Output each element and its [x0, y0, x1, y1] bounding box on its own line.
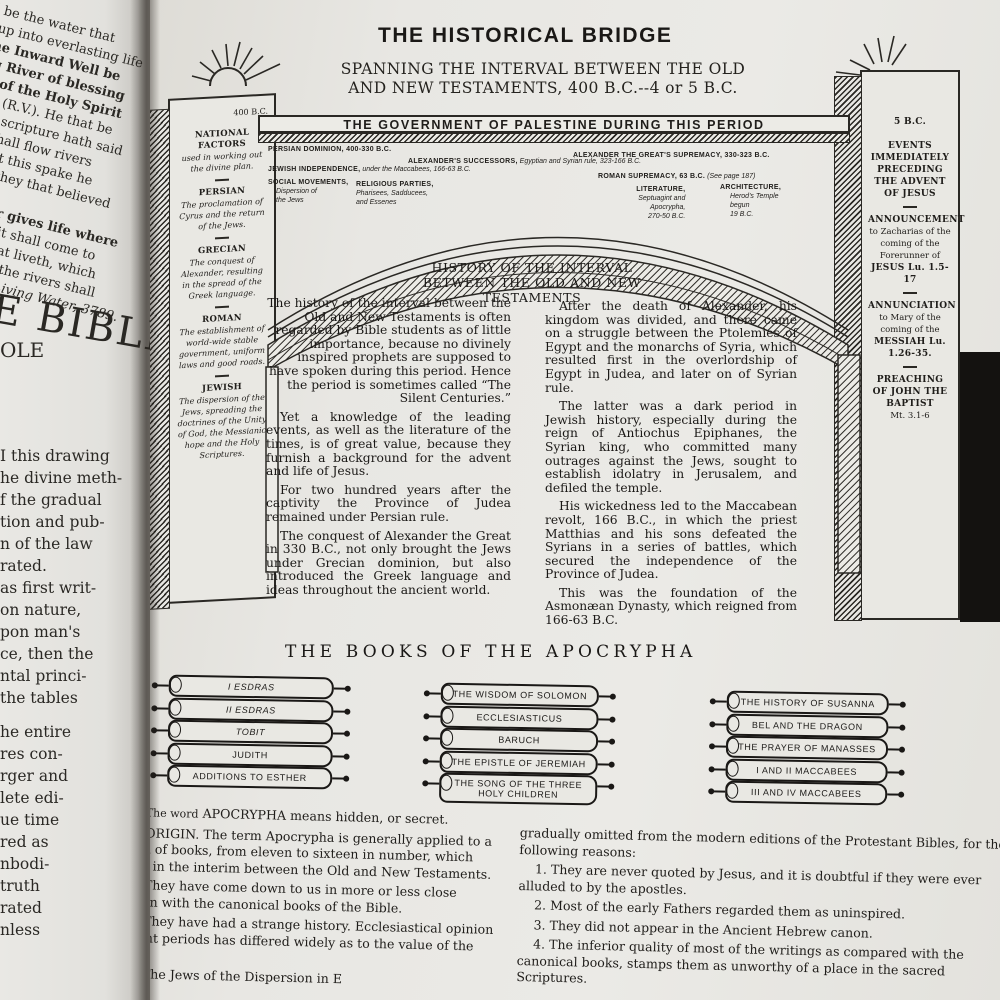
text-line: as first writ-	[0, 577, 150, 599]
apocrypha-column-2: THE WISDOM OF SOLOMON ECCLESIASTICUS BAR…	[439, 683, 599, 806]
history-column-left: The history of the interval between the …	[266, 297, 511, 602]
text-line: ue time	[0, 809, 150, 831]
pillar-section-heading: PREACHING OF JOHN THE BAPTIST	[868, 374, 952, 410]
apocrypha-explanation-right: gradually omitted from the modern editio…	[516, 825, 1000, 1000]
text-line: rger and	[0, 765, 150, 787]
pillar-date: 5 B.C.	[868, 116, 952, 128]
pillar-section-heading: EVENTS IMMEDIATELY PRECEDING THE ADVENT …	[868, 140, 952, 200]
pillar-section-text: to Mary of the coming of the	[868, 312, 952, 336]
apocrypha-paragraph: They have come down to us in more or les…	[150, 876, 498, 919]
scroll-book: I AND II MACCABEES	[725, 758, 887, 783]
scroll-book: III AND IV MACCABEES	[725, 781, 887, 806]
apocrypha-column-1: I ESDRAS II ESDRAS TOBIT JUDITH ADDITION…	[167, 675, 334, 790]
text-line: n of the law	[0, 533, 150, 555]
pillar-shadow	[960, 352, 1000, 622]
pillar-section-ref: JESUS Lu. 1.5-17	[868, 262, 952, 286]
text-line: I this drawing	[0, 445, 150, 467]
history-paragraph: For two hundred years after the captivit…	[266, 484, 511, 525]
text-line: rated.	[0, 555, 150, 577]
pillar-section-heading: ANNOUNCEMENT	[868, 214, 952, 226]
history-paragraph: The conquest of Alexander the Great in 3…	[266, 530, 511, 598]
text-line: ntal princi-	[0, 665, 150, 687]
scroll-book: TOBIT	[168, 720, 333, 745]
history-paragraph: His wickedness led to the Maccabean revo…	[545, 500, 797, 582]
text-line: res con-	[0, 743, 150, 765]
text-line: on nature,	[0, 599, 150, 621]
scroll-book: BARUCH	[440, 728, 598, 753]
beam-hatching	[258, 133, 850, 143]
history-paragraph: The latter was a dark period in Jewish h…	[545, 400, 797, 495]
text-line: nbodi-	[0, 853, 150, 875]
event-persian-dominion: PERSIAN DOMINION, 400-330 B.C.	[268, 145, 391, 154]
scroll-book: THE HISTORY OF SUSANNA	[727, 691, 889, 716]
government-beam-label: THE GOVERNMENT OF PALESTINE DURING THIS …	[260, 118, 848, 132]
apocrypha-origin: ORIGIN. The term Apocrypha is generally …	[150, 823, 499, 883]
scroll-book: THE PRAYER OF MANASSES	[726, 736, 888, 761]
text-line: tion and pub-	[0, 511, 150, 533]
history-paragraph: Yet a knowledge of the leading events, a…	[266, 411, 511, 479]
page-title: THE HISTORICAL BRIDGE	[378, 24, 672, 48]
sunrise-left-icon	[188, 36, 288, 96]
left-page-top-text: ll be the water that s up into everlasti…	[0, 0, 150, 328]
text-line: ce, then the	[0, 643, 150, 665]
scroll-book: ADDITIONS TO ESTHER	[167, 765, 332, 790]
pillar-section-ref: MESSIAH Lu. 1.26-35.	[868, 336, 952, 360]
text-line: nless	[0, 919, 150, 941]
history-paragraph: This was the foundation of the Asmonæan …	[545, 587, 797, 628]
left-page-body: I this drawing he divine meth- f the gra…	[0, 445, 150, 941]
scroll-book: ECCLESIASTICUS	[440, 705, 598, 730]
text-line: f the gradual	[0, 489, 150, 511]
history-column-right: After the death of Alexander, his kingdo…	[545, 300, 797, 633]
pillar-section-text: used in working out the divine plan.	[176, 149, 268, 176]
apocrypha-explanation-left: The word APOCRYPHA means hidden, or secr…	[150, 803, 500, 994]
pillar-section-heading: ANNUNCIATION	[868, 300, 952, 312]
scroll-book: I ESDRAS	[169, 675, 334, 700]
scroll-book: THE SONG OF THE THREE HOLY CHILDREN	[439, 773, 597, 806]
page-subtitle: SPANNING THE INTERVAL BETWEEN THE OLD AN…	[328, 60, 758, 98]
history-paragraph: After the death of Alexander, his kingdo…	[545, 300, 797, 395]
text-line: the tables	[0, 687, 150, 709]
event-roman-supremacy: ROMAN SUPREMACY, 63 B.C. (See page 187)	[598, 172, 755, 181]
pillar-section-ref: Mt. 3.1-6	[868, 410, 952, 422]
text-line: lete edi-	[0, 787, 150, 809]
text-line: rated	[0, 897, 150, 919]
scroll-book: II ESDRAS	[168, 697, 333, 722]
apocrypha-column-3: THE HISTORY OF SUSANNA BEL AND THE DRAGO…	[725, 691, 889, 806]
event-jewish-independence: JEWISH INDEPENDENCE, under the Maccabees…	[268, 165, 471, 174]
scroll-book: JUDITH	[167, 742, 332, 767]
text-line: he divine meth-	[0, 467, 150, 489]
text-line: red as	[0, 831, 150, 853]
pillar-section-text: to Zacharias of the coming of the Foreru…	[868, 226, 952, 262]
left-page-subheading: OLE	[0, 338, 44, 362]
history-paragraph: The history of the interval between the …	[266, 297, 511, 406]
text-line: he entire	[0, 721, 150, 743]
omission-reason: 4. The inferior quality of most of the w…	[516, 936, 1000, 997]
left-facing-page: ll be the water that s up into everlasti…	[0, 0, 150, 1000]
text-line: pon man's	[0, 621, 150, 643]
scroll-book: THE EPISTLE OF JEREMIAH	[440, 750, 598, 775]
apocrypha-heading: THE BOOKS OF THE APOCRYPHA	[285, 642, 696, 662]
government-beam: THE GOVERNMENT OF PALESTINE DURING THIS …	[258, 115, 850, 133]
text-line: truth	[0, 875, 150, 897]
apocrypha-paragraph: They have had a strange history. Ecclesi…	[150, 912, 497, 972]
book-gutter	[130, 0, 160, 1000]
scroll-book: THE WISDOM OF SOLOMON	[441, 683, 599, 708]
scroll-book: BEL AND THE DRAGON	[726, 713, 888, 738]
right-page: THE HISTORICAL BRIDGE SPANNING THE INTER…	[150, 0, 1000, 1000]
